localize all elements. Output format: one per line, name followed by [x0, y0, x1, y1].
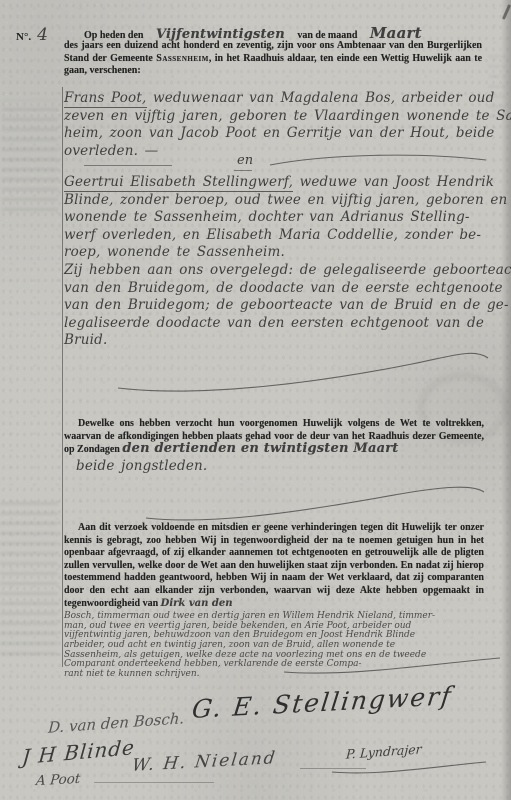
signature-witness-poot: A Poot — [35, 771, 81, 789]
documents-line: legaliseerde doodacte van den eersten ec… — [64, 315, 511, 333]
groom-line: zeven en vijftig jaren, geboren te Vlaar… — [64, 108, 511, 126]
bleedthrough-left-bottom — [0, 500, 58, 662]
separator-word: en — [237, 153, 253, 168]
bride-entry: Geertrui Elisabeth Stellingwerf, weduwe … — [64, 174, 507, 262]
bride-line: wonende te Sassenheim, dochter van Adria… — [64, 209, 507, 227]
flourish-after-publication — [140, 478, 492, 524]
opening-paragraph: des jaars een duizend acht honderd en ze… — [64, 34, 482, 78]
witness-line: Bosch, timmerman oud twee en dertig jare… — [64, 611, 435, 621]
separator-dash-left — [84, 165, 172, 166]
act-number-label: N°. — [16, 31, 31, 43]
bride-line: werf overleden, en Elisabeth Maria Codde… — [64, 227, 507, 245]
publication-dates-handwritten: den dertienden en twintigsten Maart — [122, 441, 398, 456]
flourish-after-witnesses — [280, 654, 505, 678]
groom-name: Frans Poot, — [64, 90, 147, 108]
bride-line: Geertrui Elisabeth Stellingwerf, weduwe … — [64, 174, 507, 192]
act-number-value: 4 — [37, 25, 48, 45]
witness-line: arbeider, oud acht en twintig jaren, zoo… — [64, 640, 435, 650]
ceremony-witness-start-handwritten: Dirk van den — [161, 598, 233, 609]
act-number: N°.4 — [16, 25, 48, 45]
separator-flourish-right — [268, 148, 490, 170]
publication-paragraph: Dewelke ons hebben verzocht hun voorgeno… — [64, 418, 484, 457]
separator-underline — [234, 170, 252, 171]
documents-line: van den Bruidegom; de geboorteacte van d… — [64, 297, 511, 315]
documents-line: van den Bruidegom, de doodacte van de ee… — [64, 280, 511, 298]
scanned-marriage-record: { "act": { "label": "N°.", "number": "4"… — [0, 0, 511, 800]
bride-line: roep, wonende te Sassenheim. — [64, 244, 507, 262]
documents-line: Zij hebben aan ons overgelegd: de gelega… — [64, 262, 511, 280]
publication-jongstleden: beide jongstleden. — [76, 458, 207, 476]
ceremony-paragraph: Aan dit verzoek voldoende en mitsdien er… — [64, 522, 484, 610]
bleedthrough-left-top — [2, 100, 58, 218]
margin-rule-line — [62, 87, 63, 667]
witness-line: man, oud twee en veertig jaren, beide be… — [64, 621, 435, 631]
ceremony-printed: Aan dit verzoek voldoende en mitsdien er… — [64, 522, 484, 609]
bride-line1-rest: weduwe van Joost Hendrik — [293, 174, 494, 190]
flourish-after-documents — [112, 342, 494, 398]
signature-poot-flourish — [94, 782, 214, 783]
documents-entry: Zij hebben aan ons overgelegd: de gelega… — [64, 262, 511, 350]
witness-line: vijfentwintig jaren, behuwdzoon van den … — [64, 630, 435, 640]
groom-line: heim, zoon van Jacob Poot en Gerritje va… — [64, 125, 511, 143]
publication-dates-line2: beide jongstleden. — [76, 458, 207, 476]
bride-line: Blinde, zonder beroep, oud twee en vijft… — [64, 192, 507, 210]
signature-official-flourish — [330, 758, 490, 776]
bride-name: Geertrui Elisabeth Stellingwerf, — [64, 174, 293, 192]
gemeente-name: Sassenheim — [156, 53, 209, 64]
groom-line1-rest: weduwenaar van Magdalena Bos, arbeider o… — [147, 90, 495, 106]
groom-line: Frans Poot, weduwenaar van Magdalena Bos… — [64, 90, 511, 108]
